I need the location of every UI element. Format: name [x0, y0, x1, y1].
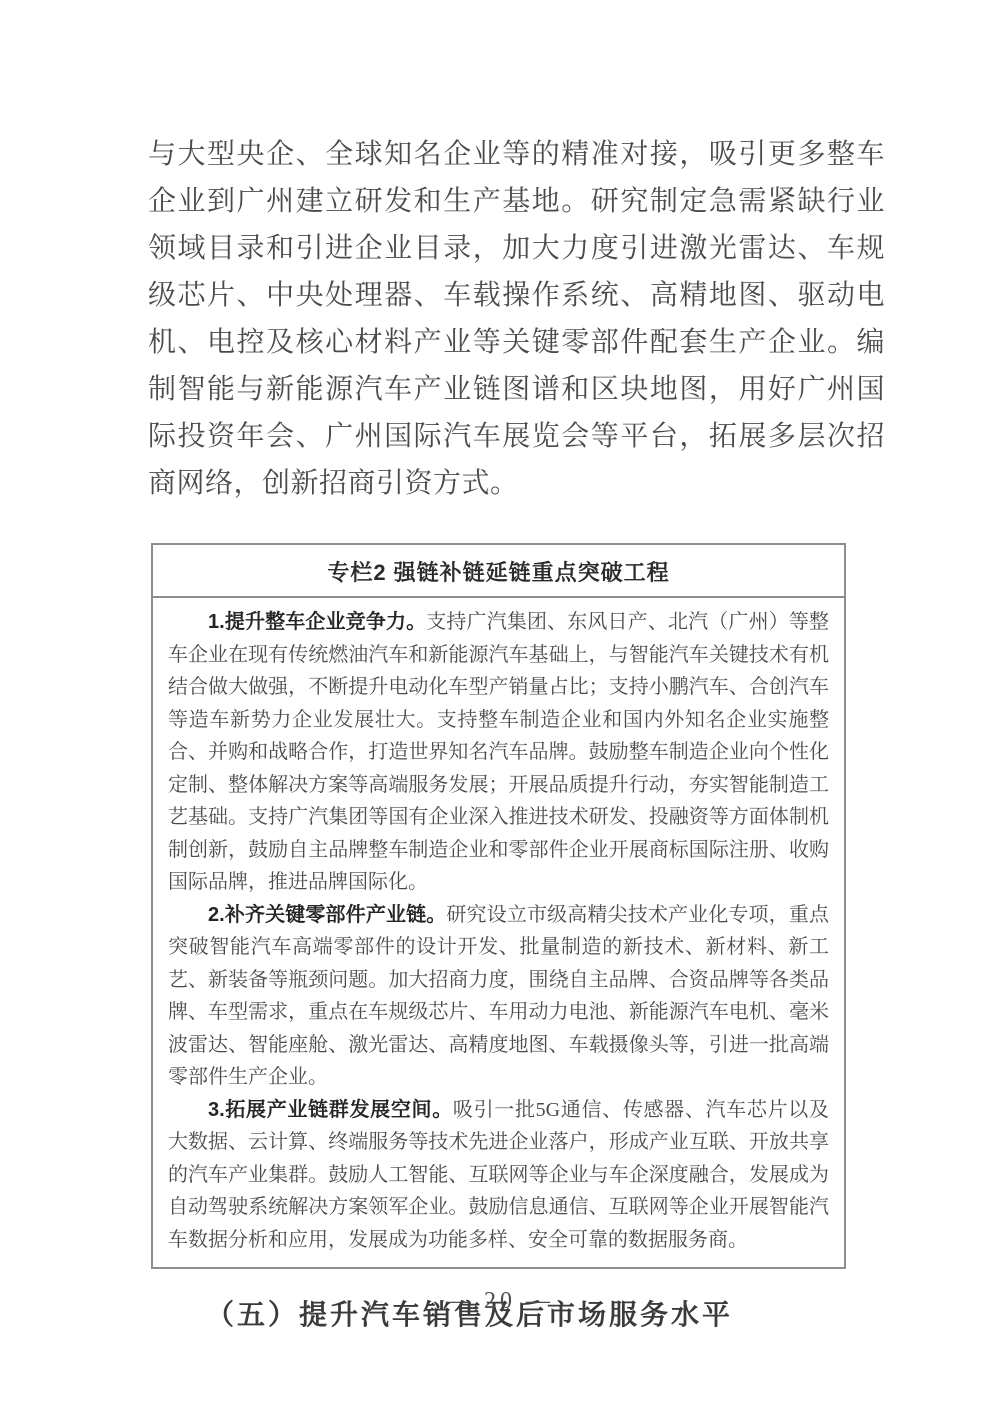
callout-item-1-label: 1.提升整车企业竞争力。 [208, 611, 426, 633]
callout-item-2-label: 2.补齐关键零部件产业链。 [208, 904, 446, 926]
callout-item-1-text: 支持广汽集团、东风日产、北汽（广州）等整车企业在现有传统燃油汽车和新能源汽车基础… [168, 611, 829, 893]
callout-item-3-label: 3.拓展产业链群发展空间。 [208, 1099, 453, 1121]
callout-item-1: 1.提升整车企业竞争力。支持广汽集团、东风日产、北汽（广州）等整车企业在现有传统… [168, 606, 829, 899]
callout-box-title: 专栏2 强链补链延链重点突破工程 [153, 545, 844, 598]
body-paragraph: 与大型央企、全球知名企业等的精准对接，吸引更多整车企业到广州建立研发和生产基地。… [148, 131, 885, 507]
document-page: 与大型央企、全球知名企业等的精准对接，吸引更多整车企业到广州建立研发和生产基地。… [0, 0, 1000, 1413]
callout-item-2: 2.补齐关键零部件产业链。研究设立市级高精尖技术产业化专项，重点突破智能汽车高端… [168, 899, 829, 1094]
callout-item-3: 3.拓展产业链群发展空间。吸引一批5G通信、传感器、汽车芯片以及大数据、云计算、… [168, 1094, 829, 1257]
page-number: — 20 — [0, 1288, 1000, 1315]
callout-box: 专栏2 强链补链延链重点突破工程 1.提升整车企业竞争力。支持广汽集团、东风日产… [151, 543, 846, 1269]
callout-box-body: 1.提升整车企业竞争力。支持广汽集团、东风日产、北汽（广州）等整车企业在现有传统… [153, 598, 844, 1267]
callout-item-3-text: 吸引一批5G通信、传感器、汽车芯片以及大数据、云计算、终端服务等技术先进企业落户… [168, 1099, 829, 1251]
page-content: 与大型央企、全球知名企业等的精准对接，吸引更多整车企业到广州建立研发和生产基地。… [148, 131, 885, 1333]
callout-item-2-text: 研究设立市级高精尖技术产业化专项，重点突破智能汽车高端零部件的设计开发、批量制造… [168, 904, 829, 1089]
